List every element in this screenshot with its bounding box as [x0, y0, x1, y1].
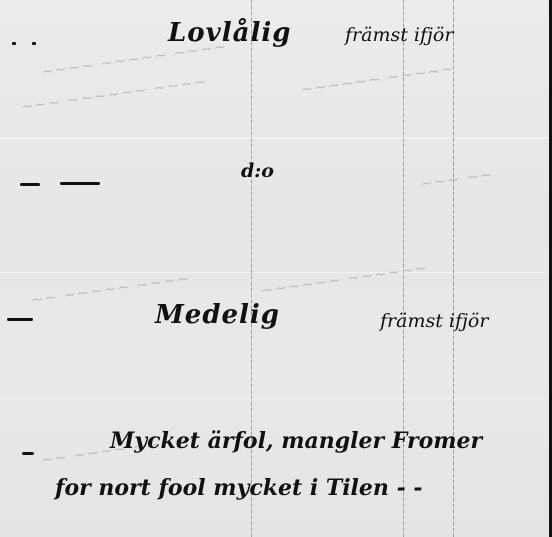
- document-page: ~~~~ ~~~~~ ~~~~ ~~~~~~ ~~~~~ ~~~ ~~~~~~ …: [0, 0, 549, 537]
- margin-mark: [12, 42, 16, 45]
- margin-dash: [22, 452, 34, 455]
- entry-4-line2: for nort fool mycket i Tilen - -: [55, 475, 423, 501]
- column-rule: [453, 0, 454, 537]
- ruled-line: [0, 398, 549, 399]
- bleed-through-text: ~~~~~~ ~~~~~: [300, 59, 456, 98]
- entry-3-col2: främst ifjör: [380, 310, 488, 332]
- entry-4-line1: Mycket ärfol, mangler Fromer: [110, 428, 482, 454]
- margin-dash: [7, 318, 33, 321]
- entry-3-col1: Medelig: [155, 300, 280, 330]
- margin-dash: [60, 182, 100, 185]
- margin-dash: [20, 183, 40, 186]
- ruled-line: [0, 272, 549, 273]
- ruled-line: [0, 138, 549, 139]
- entry-2-col1: d:o: [241, 160, 274, 182]
- entry-1-col1: Lovlålig: [168, 18, 291, 48]
- column-rule: [251, 0, 252, 537]
- entry-1-col2: främst ifjör: [345, 24, 453, 46]
- bleed-through-text: ~~~ ~~: [419, 165, 494, 193]
- margin-mark: [32, 42, 36, 45]
